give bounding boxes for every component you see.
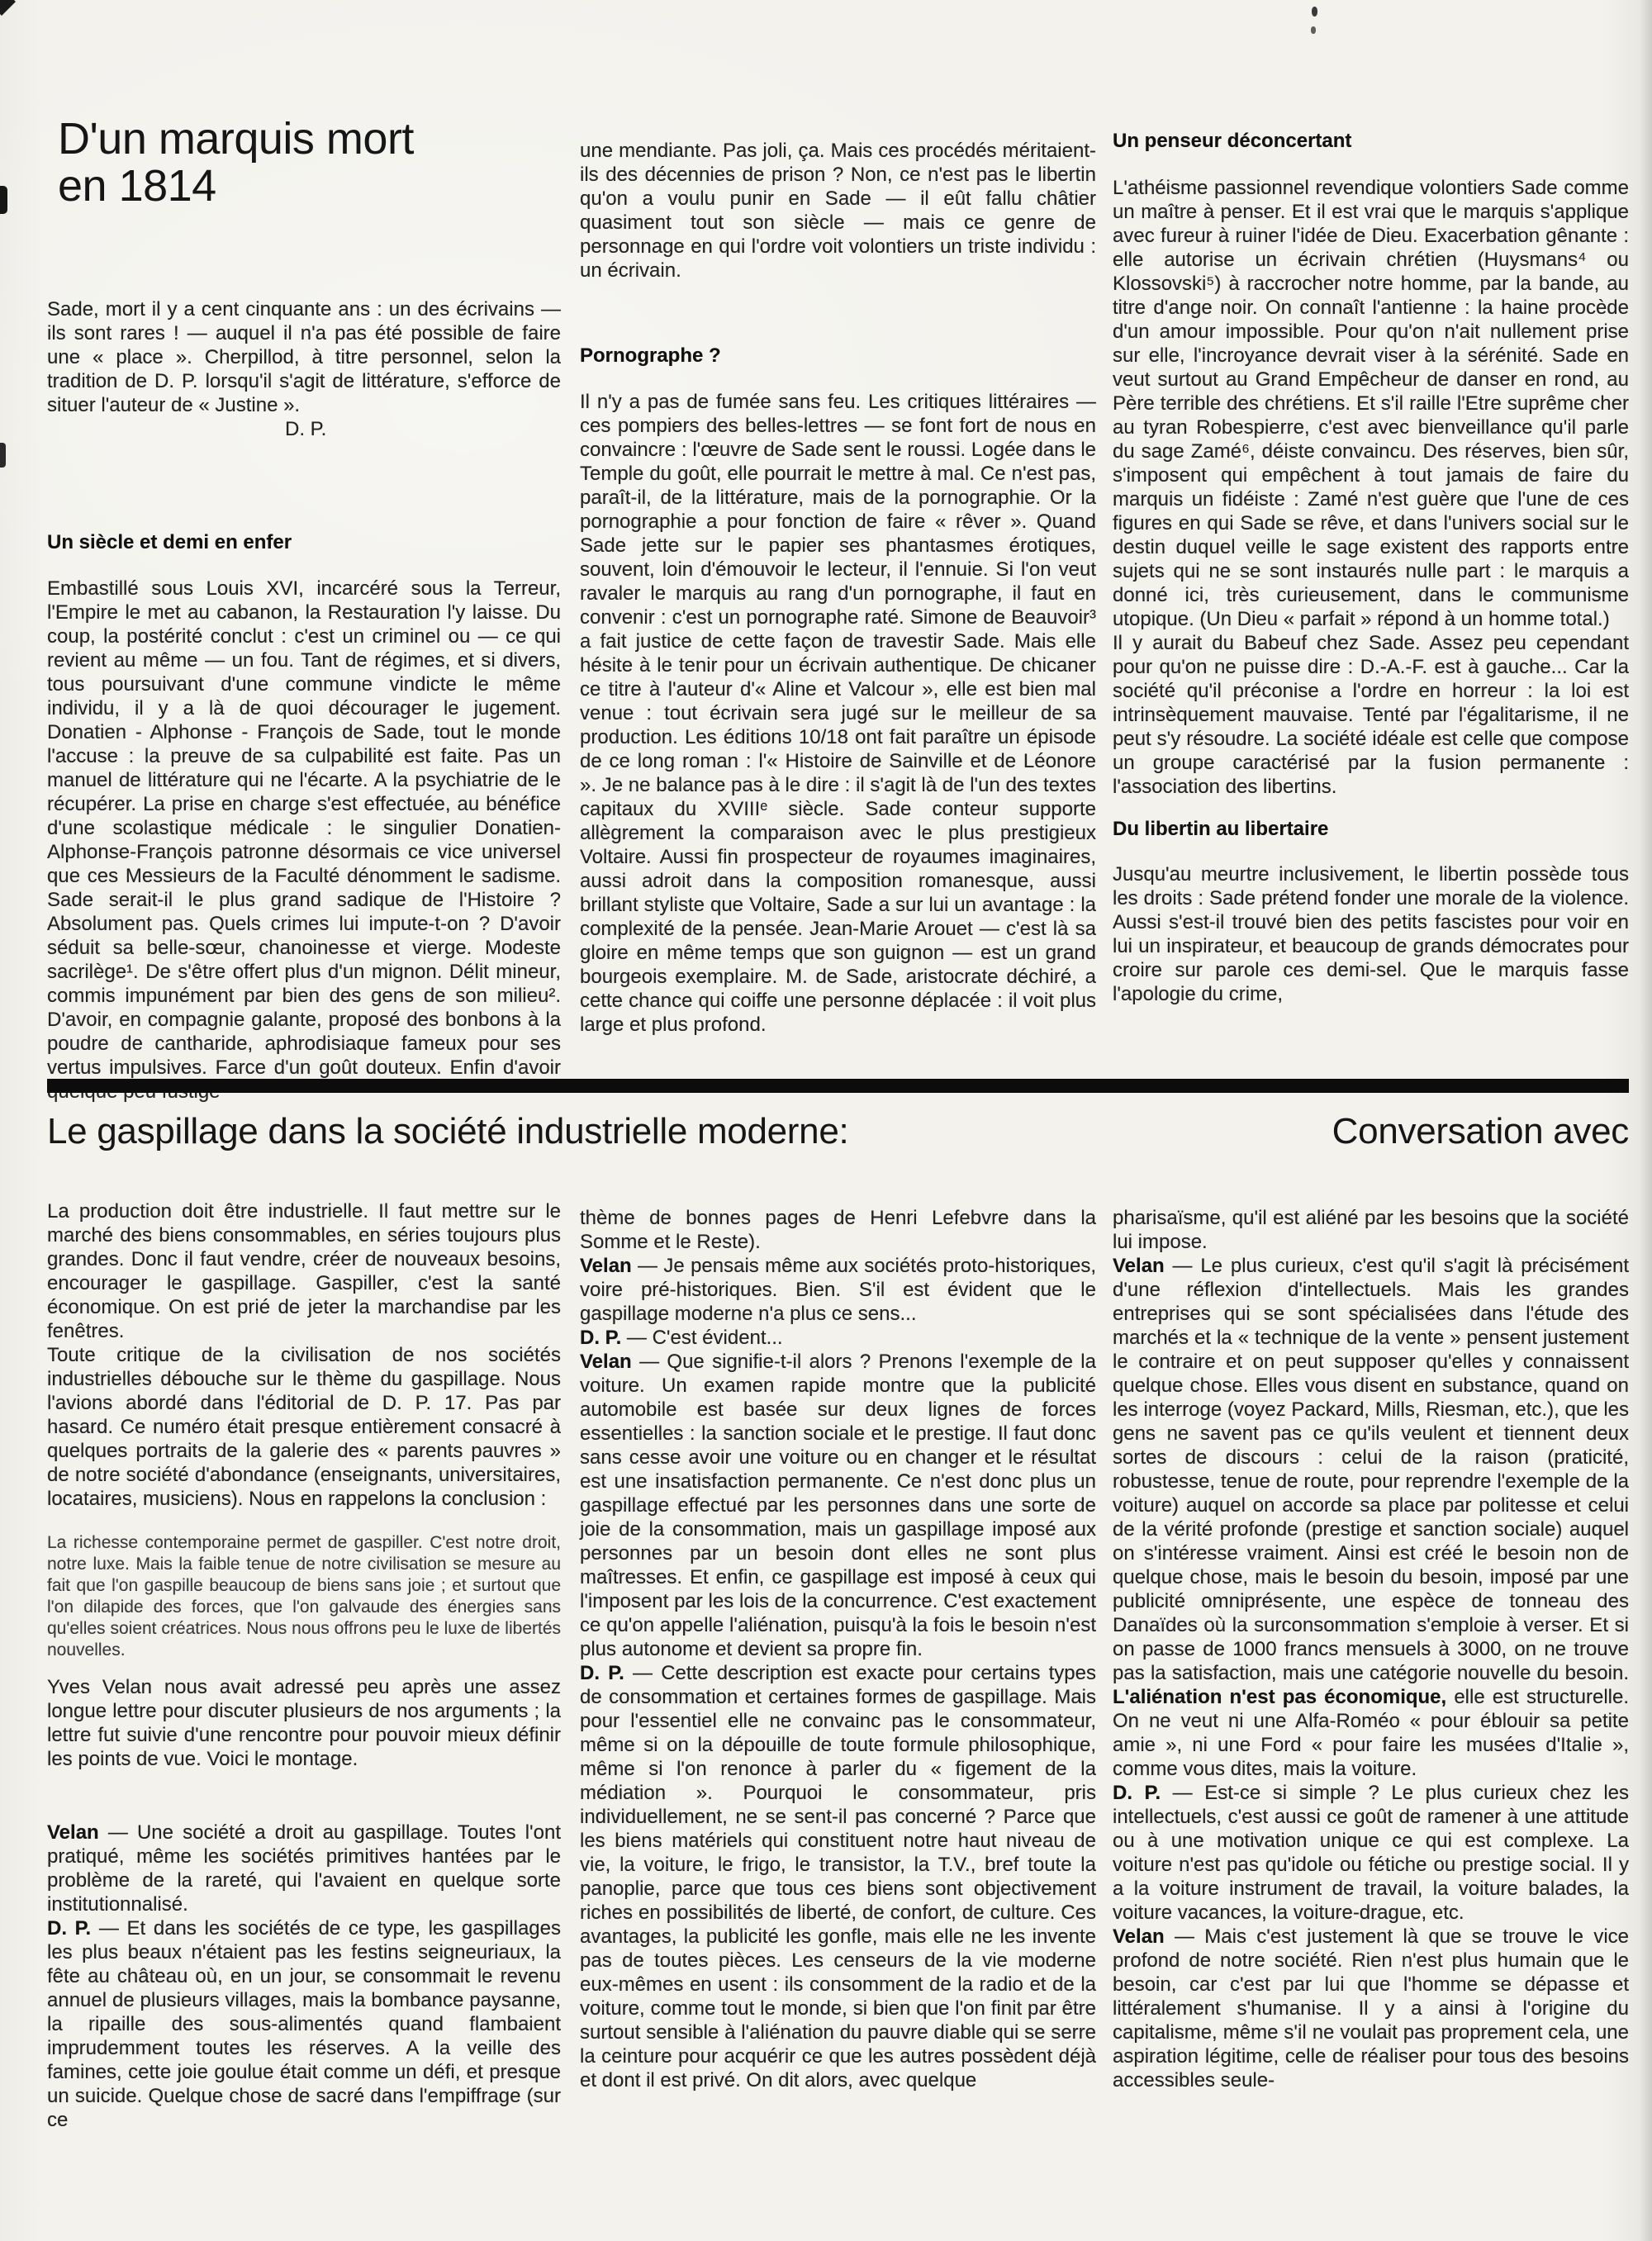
article1-col2-body: Il n'y a pas de fumée sans feu. Les crit… bbox=[580, 390, 1096, 1037]
speaker-name: Velan bbox=[580, 1351, 632, 1373]
article1-col3-paragraph: Il y aurait du Babeuf chez Sade. Assez p… bbox=[1113, 631, 1629, 799]
article1-column-3: Un penseur déconcertant L'athéisme passi… bbox=[1113, 129, 1629, 1006]
dialogue-text: — Que signifie-t-il alors ? Prenons l'ex… bbox=[580, 1351, 1096, 1660]
article2-column-3: pharisaïsme, qu'il est aliéné par les be… bbox=[1113, 1206, 1629, 2092]
dialogue-text: — Le plus curieux, c'est qu'il s'agit là… bbox=[1113, 1255, 1629, 1684]
dialogue-text: — Est-ce si simple ? Le plus curieux che… bbox=[1113, 1782, 1629, 1924]
speaker-name: D. P. bbox=[47, 1917, 91, 1940]
article1-crosshead-libertin: Du libertin au libertaire bbox=[1113, 817, 1629, 841]
section-divider-rule bbox=[47, 1079, 1629, 1093]
dialogue-text: — Mais c'est justement là que se trouve … bbox=[1113, 1925, 1629, 2091]
article2-col1-paragraph: La production doit être industrielle. Il… bbox=[47, 1199, 561, 1343]
dialogue-text: — Et dans les sociétés de ce type, les g… bbox=[47, 1917, 561, 2131]
bold-emphasis-alienation: L'aliénation n'est pas économique, bbox=[1113, 1686, 1446, 1708]
speaker-name: Velan bbox=[580, 1255, 632, 1277]
article1-title-line2: en 1814 bbox=[58, 163, 414, 210]
article2-headline-right: Conversation avec bbox=[1332, 1112, 1629, 1151]
article1-title-line1: D'un marquis mort bbox=[58, 116, 414, 163]
article1-byline: D. P. bbox=[47, 417, 561, 441]
speaker-name: Velan bbox=[47, 1821, 99, 1844]
dialogue-paragraph: Velan — Que signifie-t-il alors ? Prenon… bbox=[580, 1350, 1096, 1661]
article1-intro: Sade, mort il y a cent cinquante ans : u… bbox=[47, 297, 561, 417]
article1-col2-paragraph: une mendiante. Pas joli, ça. Mais ces pr… bbox=[580, 139, 1096, 282]
article1-crosshead-penseur: Un penseur déconcertant bbox=[1113, 129, 1629, 153]
dialogue-text: — C'est évident... bbox=[621, 1327, 782, 1349]
speaker-name: Velan bbox=[1113, 1255, 1165, 1277]
article1-crosshead-un-siecle: Un siècle et demi en enfer bbox=[47, 530, 561, 554]
article1-column-1: Sade, mort il y a cent cinquante ans : u… bbox=[47, 297, 561, 1104]
article1-col1-body: Embastillé sous Louis XVI, incarcéré sou… bbox=[47, 577, 561, 1104]
scan-artifact-speck bbox=[1312, 7, 1317, 17]
magazine-page: D'un marquis mort en 1814 Sade, mort il … bbox=[0, 0, 1652, 2241]
dialogue-paragraph: Velan — Une société a droit au gaspillag… bbox=[47, 1821, 561, 1916]
scan-artifact-left-tick bbox=[0, 186, 7, 214]
dialogue-paragraph: D. P. — Et dans les sociétés de ce type,… bbox=[47, 1916, 561, 2132]
article2-col1-paragraph: Yves Velan nous avait adressé peu après … bbox=[47, 1675, 561, 1771]
article2-column-1: La production doit être industrielle. Il… bbox=[47, 1199, 561, 2132]
article1-col3-paragraph: Jusqu'au meurtre inclusivement, le liber… bbox=[1113, 862, 1629, 1006]
speaker-name: D. P. bbox=[580, 1662, 624, 1684]
scan-artifact-corner bbox=[0, 0, 16, 16]
speaker-name: Velan bbox=[1113, 1925, 1165, 1948]
speaker-name: D. P. bbox=[1113, 1782, 1161, 1804]
article2-col2-paragraph: thème de bonnes pages de Henri Lefebvre … bbox=[580, 1206, 1096, 1254]
article2-col1-paragraph: Toute critique de la civilisation de nos… bbox=[47, 1343, 561, 1511]
dialogue-text: — Cette description est exacte pour cert… bbox=[580, 1662, 1096, 2091]
article2-editorial-quote: La richesse contemporaine permet de gasp… bbox=[47, 1532, 561, 1661]
scan-edge-shadow bbox=[1640, 0, 1652, 2241]
article2-headline-left: Le gaspillage dans la société industriel… bbox=[47, 1112, 848, 1151]
dialogue-paragraph: Velan — Le plus curieux, c'est qu'il s'a… bbox=[1113, 1254, 1629, 1781]
speaker-name: D. P. bbox=[580, 1327, 621, 1349]
dialogue-text: — Une société a droit au gaspillage. Tou… bbox=[47, 1821, 561, 1916]
article2-col3-paragraph: pharisaïsme, qu'il est aliéné par les be… bbox=[1113, 1206, 1629, 1254]
dialogue-text: — Je pensais même aux sociétés proto-his… bbox=[580, 1255, 1096, 1325]
scan-artifact-left-tick bbox=[0, 443, 6, 468]
dialogue-paragraph: Velan — Je pensais même aux sociétés pro… bbox=[580, 1254, 1096, 1326]
scan-artifact-speck bbox=[1311, 26, 1316, 34]
dialogue-paragraph: D. P. — Est-ce si simple ? Le plus curie… bbox=[1113, 1781, 1629, 1925]
article1-title: D'un marquis mort en 1814 bbox=[58, 116, 414, 210]
article1-column-2: une mendiante. Pas joli, ça. Mais ces pr… bbox=[580, 139, 1096, 1037]
article2-column-2: thème de bonnes pages de Henri Lefebvre … bbox=[580, 1206, 1096, 2092]
article2-col1-dialogue: Velan — Une société a droit au gaspillag… bbox=[47, 1821, 561, 2132]
article2-headline: Le gaspillage dans la société industriel… bbox=[47, 1112, 1629, 1151]
article1-crosshead-pornographe: Pornographe ? bbox=[580, 344, 1096, 368]
article1-col3-paragraph: L'athéisme passionnel revendique volonti… bbox=[1113, 176, 1629, 631]
dialogue-paragraph: Velan — Mais c'est justement là que se t… bbox=[1113, 1925, 1629, 2092]
dialogue-paragraph: D. P. — C'est évident... bbox=[580, 1326, 1096, 1350]
dialogue-paragraph: D. P. — Cette description est exacte pou… bbox=[580, 1661, 1096, 2092]
